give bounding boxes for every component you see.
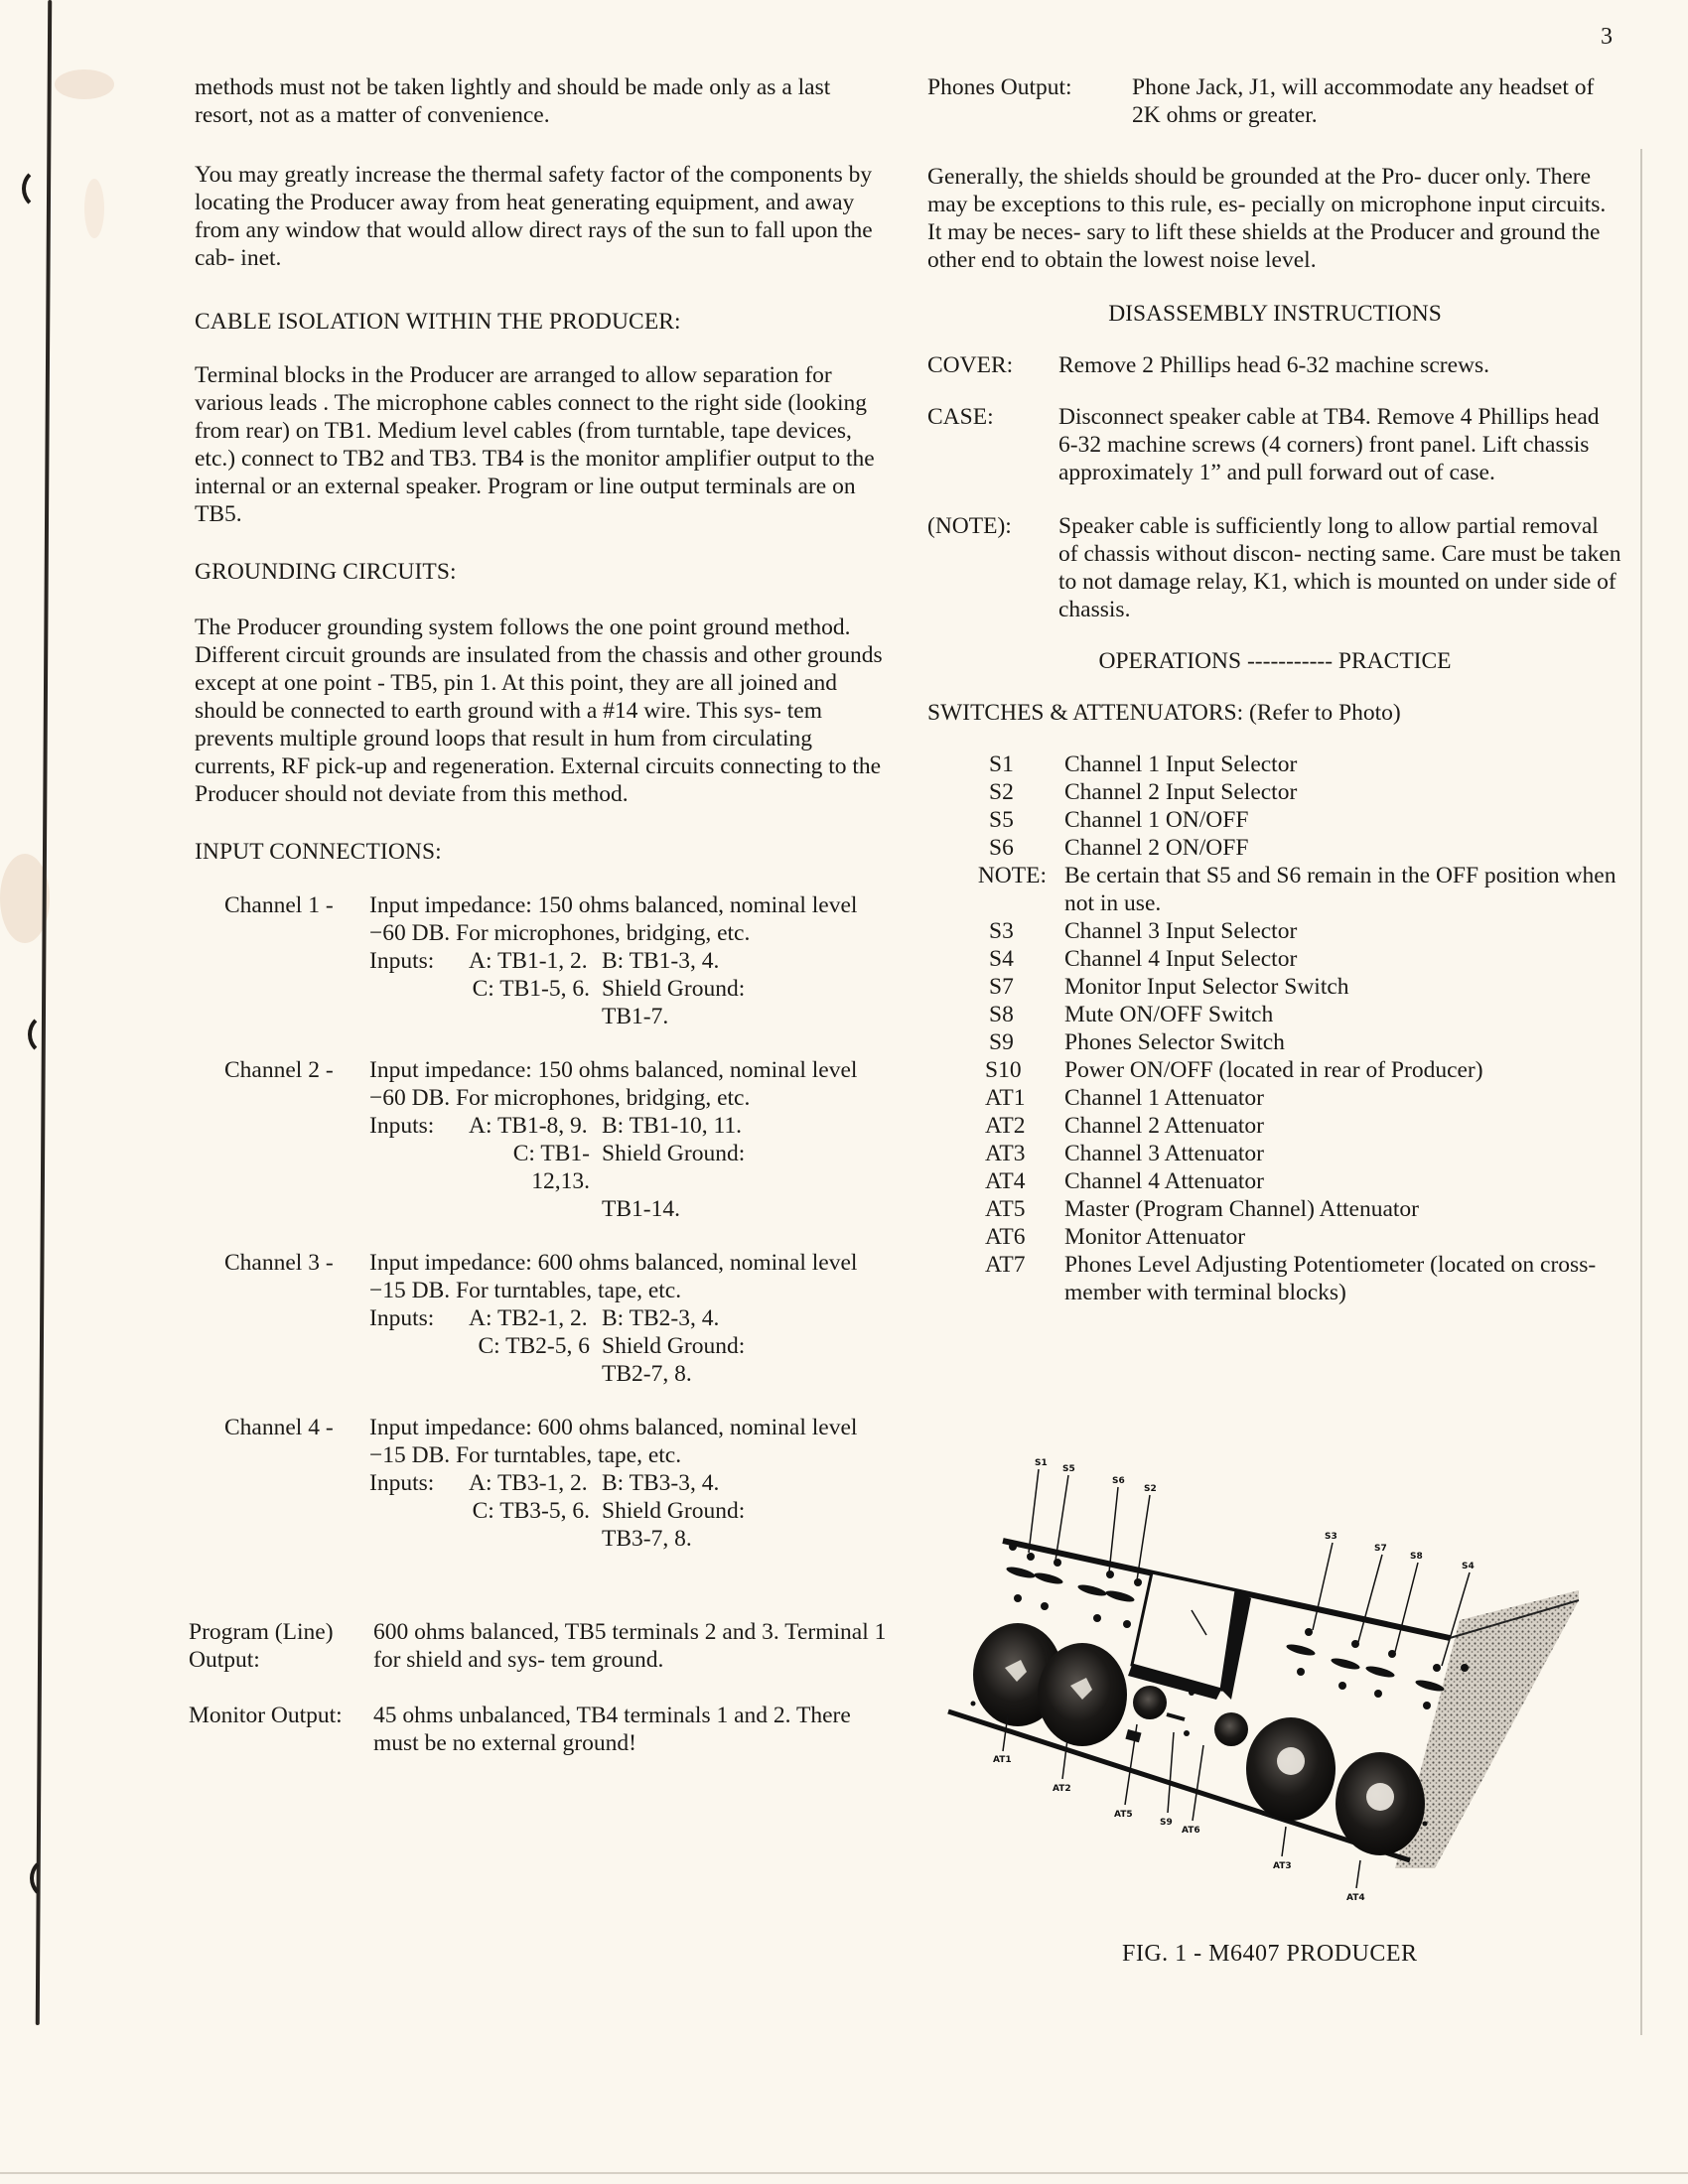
input-a: A: TB2-1, 2. [469, 1304, 602, 1332]
switch-item: S7 Monitor Input Selector Switch [947, 973, 1622, 1001]
switch-item: S5 Channel 1 ON/OFF [947, 806, 1622, 834]
switch-description: Phones Selector Switch [1064, 1028, 1622, 1056]
switch-description: Channel 2 Attenuator [1064, 1112, 1622, 1140]
figure-callout-label: AT2 [1053, 1784, 1071, 1794]
shield-ground-label: Shield Ground: [602, 1140, 890, 1195]
shield-paragraph: Generally, the shields should be grounde… [927, 163, 1622, 274]
program-output-definition: 600 ohms balanced, TB5 terminals 2 and 3… [373, 1618, 890, 1674]
switch-item: AT4 Channel 4 Attenuator [947, 1167, 1622, 1195]
switch-code: S2 [947, 778, 1064, 806]
switch-note: NOTE: Be certain that S5 and S6 remain i… [947, 862, 1622, 917]
switch-item: S10 Power ON/OFF (located in rear of Pro… [947, 1056, 1622, 1084]
figure-callout-label: AT4 [1346, 1893, 1365, 1903]
grounding-paragraph: The Producer grounding system follows th… [195, 614, 890, 808]
switch-item: S1 Channel 1 Input Selector [947, 751, 1622, 778]
switch-code: S8 [947, 1001, 1064, 1028]
switch-description: Phones Level Adjusting Potentiometer (lo… [1064, 1251, 1622, 1306]
figure-callout-label: S2 [1144, 1484, 1157, 1494]
channel-inputs: Inputs: A: TB3-1, 2. B: TB3-3, 4. C: TB3… [369, 1469, 890, 1553]
phones-output-definition: Phone Jack, J1, will accommodate any hea… [1132, 73, 1622, 129]
channel-details: Input impedance: 600 ohms balanced, nomi… [369, 1249, 890, 1388]
input-b: B: TB2-3, 4. [602, 1304, 890, 1332]
program-output-term: Program (Line) Output: [189, 1618, 373, 1674]
section-heading-cable-isolation: CABLE ISOLATION WITHIN THE PRODUCER: [195, 308, 890, 336]
channel-description: Input impedance: 600 ohms balanced, nomi… [369, 1414, 890, 1469]
switch-item: S4 Channel 4 Input Selector [947, 945, 1622, 973]
input-a: A: TB1-1, 2. [469, 947, 602, 975]
switch-code: AT5 [947, 1195, 1064, 1223]
switch-item: S2 Channel 2 Input Selector [947, 778, 1622, 806]
shield-ground-terminal: TB1-7. [602, 1003, 890, 1030]
shield-ground-terminal: TB3-7, 8. [602, 1525, 890, 1553]
shield-ground-label: Shield Ground: [602, 1332, 890, 1360]
inputs-label: Inputs: [369, 1112, 469, 1140]
right-column: Phones Output: Phone Jack, J1, will acco… [927, 73, 1622, 1306]
switch-item: AT7 Phones Level Adjusting Potentiometer… [947, 1251, 1622, 1306]
channel-inputs: Inputs: A: TB1-8, 9. B: TB1-10, 11. C: T… [369, 1112, 890, 1223]
inputs-label: Inputs: [369, 1304, 469, 1332]
page-edge [0, 2172, 1688, 2174]
channel-entry: Channel 4 - Input impedance: 600 ohms ba… [224, 1414, 890, 1553]
section-heading-switches: SWITCHES & ATTENUATORS: (Refer to Photo) [927, 699, 1622, 727]
switch-item: AT5 Master (Program Channel) Attenuator [947, 1195, 1622, 1223]
switch-description: Channel 2 ON/OFF [1064, 834, 1622, 862]
disassembly-term: CASE: [927, 403, 1058, 486]
channel-label: Channel 3 - [224, 1249, 369, 1388]
input-c: C: TB1-5, 6. [469, 975, 602, 1003]
input-a: A: TB1-8, 9. [469, 1112, 602, 1140]
switch-description: Channel 1 ON/OFF [1064, 806, 1622, 834]
switch-item: S6 Channel 2 ON/OFF [947, 834, 1622, 862]
paper-stain [84, 179, 104, 238]
section-heading-input-connections: INPUT CONNECTIONS: [195, 838, 890, 866]
disassembly-note: (NOTE): Speaker cable is sufficiently lo… [927, 512, 1622, 623]
switch-code: S9 [947, 1028, 1064, 1056]
figure-callout-label: S1 [1035, 1458, 1048, 1468]
channel-description: Input impedance: 150 ohms balanced, nomi… [369, 891, 890, 947]
section-heading-disassembly: DISASSEMBLY INSTRUCTIONS [927, 300, 1622, 328]
figure-callout-label: S3 [1325, 1532, 1337, 1542]
disassembly-cover: COVER: Remove 2 Phillips head 6-32 machi… [927, 351, 1622, 379]
channel-inputs: Inputs: A: TB1-1, 2. B: TB1-3, 4. C: TB1… [369, 947, 890, 1030]
disassembly-definition: Speaker cable is sufficiently long to al… [1058, 512, 1622, 623]
channel-entry: Channel 2 - Input impedance: 150 ohms ba… [224, 1056, 890, 1223]
producer-photo: S1S5S6S2S3S7S8S4AT1AT2AT5S9AT6AT3AT4 [943, 1451, 1638, 1918]
page-number: 3 [1601, 24, 1613, 51]
channel-inputs: Inputs: A: TB2-1, 2. B: TB2-3, 4. C: TB2… [369, 1304, 890, 1388]
channel-details: Input impedance: 150 ohms balanced, nomi… [369, 891, 890, 1030]
shield-ground-label: Shield Ground: [602, 1497, 890, 1525]
switch-list: S1 Channel 1 Input Selector S2 Channel 2… [947, 751, 1622, 1306]
input-b: B: TB1-3, 4. [602, 947, 890, 975]
figure-callout-label: AT6 [1182, 1826, 1200, 1836]
channel-label: Channel 2 - [224, 1056, 369, 1223]
channel-description: Input impedance: 150 ohms balanced, nomi… [369, 1056, 890, 1112]
switch-description: Channel 1 Attenuator [1064, 1084, 1622, 1112]
channel-label: Channel 4 - [224, 1414, 369, 1553]
switch-item: AT2 Channel 2 Attenuator [947, 1112, 1622, 1140]
switch-item: AT1 Channel 1 Attenuator [947, 1084, 1622, 1112]
switch-description: Master (Program Channel) Attenuator [1064, 1195, 1622, 1223]
switch-code: S7 [947, 973, 1064, 1001]
left-column: methods must not be taken lightly and sh… [195, 73, 890, 1785]
figure-callout-label: S7 [1374, 1544, 1387, 1554]
figure-callout-label: S5 [1062, 1464, 1075, 1474]
disassembly-term: COVER: [927, 351, 1058, 379]
monitor-output-entry: Monitor Output: 45 ohms unbalanced, TB4 … [189, 1702, 890, 1757]
input-a: A: TB3-1, 2. [469, 1469, 602, 1497]
producer-front-panel-illustration: S1S5S6S2S3S7S8S4AT1AT2AT5S9AT6AT3AT4 [943, 1451, 1638, 1918]
figure-callout-label: AT1 [993, 1755, 1012, 1765]
inputs-label: Inputs: [369, 1469, 469, 1497]
switch-description: Be certain that S5 and S6 remain in the … [1064, 862, 1622, 917]
channel-entry: Channel 3 - Input impedance: 600 ohms ba… [224, 1249, 890, 1388]
binder-ring-icon [30, 1856, 73, 1900]
shield-ground-terminal: TB2-7, 8. [602, 1360, 890, 1388]
paper-stain [55, 69, 114, 99]
binder-ring-icon [28, 1013, 71, 1056]
switch-description: Power ON/OFF (located in rear of Produce… [1064, 1056, 1622, 1084]
inputs-label: Inputs: [369, 947, 469, 975]
switch-code: S10 [947, 1056, 1064, 1084]
thermal-paragraph: You may greatly increase the thermal saf… [195, 161, 890, 272]
channel-details: Input impedance: 600 ohms balanced, nomi… [369, 1414, 890, 1553]
input-c: C: TB2-5, 6 [469, 1332, 602, 1360]
input-b: B: TB3-3, 4. [602, 1469, 890, 1497]
switch-item: AT3 Channel 3 Attenuator [947, 1140, 1622, 1167]
switch-item: S3 Channel 3 Input Selector [947, 917, 1622, 945]
section-heading-operations: OPERATIONS ----------- PRACTICE [927, 647, 1622, 675]
switch-description: Channel 4 Attenuator [1064, 1167, 1622, 1195]
figure-callout-label: S6 [1112, 1476, 1125, 1486]
switch-code: AT3 [947, 1140, 1064, 1167]
switch-code: S6 [947, 834, 1064, 862]
switch-description: Channel 1 Input Selector [1064, 751, 1622, 778]
input-c: C: TB3-5, 6. [469, 1497, 602, 1525]
program-output-entry: Program (Line) Output: 600 ohms balanced… [189, 1618, 890, 1674]
figure-callout-label: S9 [1160, 1818, 1173, 1828]
disassembly-term: (NOTE): [927, 512, 1058, 623]
switch-description: Channel 3 Attenuator [1064, 1140, 1622, 1167]
channel-label: Channel 1 - [224, 891, 369, 1030]
switch-code: AT7 [947, 1251, 1064, 1306]
disassembly-definition: Remove 2 Phillips head 6-32 machine scre… [1058, 351, 1622, 379]
figure-callout-label: AT5 [1114, 1810, 1133, 1820]
switch-code: S4 [947, 945, 1064, 973]
input-c: C: TB1-12,13. [469, 1140, 602, 1195]
figure-callout-label: AT3 [1273, 1861, 1292, 1871]
binder-ring-icon [22, 167, 66, 210]
shield-ground-terminal: TB1-14. [602, 1195, 890, 1223]
cable-isolation-paragraph: Terminal blocks in the Producer are arra… [195, 361, 890, 528]
figure-callout-label: S8 [1410, 1552, 1423, 1562]
switch-description: Channel 4 Input Selector [1064, 945, 1622, 973]
section-heading-grounding: GROUNDING CIRCUITS: [195, 558, 890, 586]
channel-list: Channel 1 - Input impedance: 150 ohms ba… [195, 891, 890, 1553]
input-b: B: TB1-10, 11. [602, 1112, 890, 1140]
switch-description: Mute ON/OFF Switch [1064, 1001, 1622, 1028]
switch-description: Channel 2 Input Selector [1064, 778, 1622, 806]
monitor-output-term: Monitor Output: [189, 1702, 373, 1757]
figure-caption: FIG. 1 - M6407 PRODUCER [1122, 1941, 1418, 1968]
switch-description: Monitor Attenuator [1064, 1223, 1622, 1251]
page-edge [1640, 149, 1642, 2035]
switch-code: S1 [947, 751, 1064, 778]
phones-output-entry: Phones Output: Phone Jack, J1, will acco… [927, 73, 1622, 129]
monitor-output-definition: 45 ohms unbalanced, TB4 terminals 1 and … [373, 1702, 890, 1757]
phones-output-term: Phones Output: [927, 73, 1132, 129]
channel-description: Input impedance: 600 ohms balanced, nomi… [369, 1249, 890, 1304]
switch-code: NOTE: [947, 862, 1064, 917]
channel-details: Input impedance: 150 ohms balanced, nomi… [369, 1056, 890, 1223]
switch-description: Channel 3 Input Selector [1064, 917, 1622, 945]
switch-item: S9 Phones Selector Switch [947, 1028, 1622, 1056]
switch-item: S8 Mute ON/OFF Switch [947, 1001, 1622, 1028]
switch-code: AT1 [947, 1084, 1064, 1112]
switch-description: Monitor Input Selector Switch [1064, 973, 1622, 1001]
disassembly-definition: Disconnect speaker cable at TB4. Remove … [1058, 403, 1622, 486]
switch-code: S3 [947, 917, 1064, 945]
switch-code: AT6 [947, 1223, 1064, 1251]
channel-entry: Channel 1 - Input impedance: 150 ohms ba… [224, 891, 890, 1030]
shield-ground-label: Shield Ground: [602, 975, 890, 1003]
switch-item: AT6 Monitor Attenuator [947, 1223, 1622, 1251]
switch-code: S5 [947, 806, 1064, 834]
intro-paragraph: methods must not be taken lightly and sh… [195, 73, 890, 129]
figure-callout-label: S4 [1462, 1562, 1475, 1571]
switch-code: AT2 [947, 1112, 1064, 1140]
switch-code: AT4 [947, 1167, 1064, 1195]
disassembly-case: CASE: Disconnect speaker cable at TB4. R… [927, 403, 1622, 486]
